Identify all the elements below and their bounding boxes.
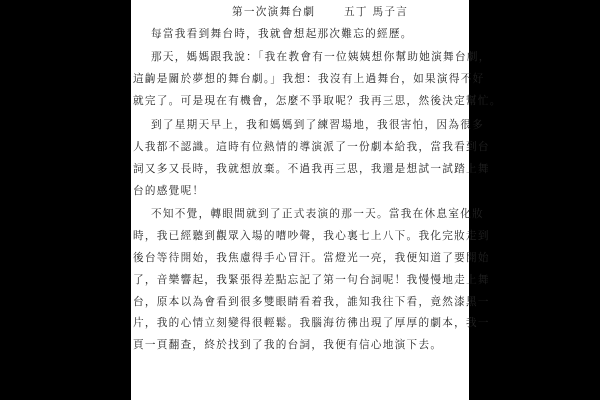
paragraph-2-line-3: 就完了。可是現在有機會，怎麼不爭取呢？我再三思，然後決定幫忙。 <box>131 94 502 108</box>
paragraph-3-line-1: 到了星期天早上，我和媽媽到了練習場地，我很害怕，因為很多 <box>151 118 484 132</box>
paragraph-2-line-2: 這齣是關於夢想的舞台劇。」我想：我沒有上過舞台，如果演得不好 <box>131 72 485 86</box>
paragraph-3-line-2: 人我都不認識。這時有位熱情的導演派了一份劇本給我，當我看到台 <box>131 140 490 154</box>
essay-author: 五丁 馬子言 <box>344 5 408 19</box>
paragraph-4-line-7: 頁一頁翻查，終於找到了我的台詞，我便有信心地演下去。 <box>131 338 442 352</box>
paragraph-3-line-4: 台的感覺呢！ <box>131 184 204 198</box>
paragraph-4-line-6: 片，我的心情立刻變得很輕鬆。我腦海彷彿出現了厚厚的劇本，我一 <box>131 316 490 330</box>
document-page: 第一次演舞台劇 五丁 馬子言 每當我看到舞台時，我就會想起那次難忘的經歷。 那天… <box>131 0 469 400</box>
paragraph-4-line-1: 不知不覺，轉眼間就到了正式表演的那一天。當我在休息室化妝 <box>151 207 484 221</box>
paragraph-4-line-2: 時，我已經聽到觀眾入場的嘈吵聲，我心裏七上八下。我化完妝走到 <box>131 229 490 243</box>
paragraph-3-line-3: 詞又多又長時，我就想放棄。不過我再三思，我還是想試一試踏上舞 <box>131 162 490 176</box>
paragraph-4-line-5: 台，原本以為會看到很多雙眼睛看着我，誰知我往下看，竟然漆黑一 <box>131 295 490 309</box>
paragraph-4-line-3: 後台等待開始，我焦慮得手心冒汗。當燈光一亮，我便知道了要開始 <box>131 251 490 265</box>
paragraph-2-line-1: 那天，媽媽跟我說：「我在教會有一位姨姨想你幫助她演舞台劇， <box>151 50 491 64</box>
paragraph-1-line-1: 每當我看到舞台時，我就會想起那次難忘的經歷。 <box>151 27 413 41</box>
paragraph-4-line-4: 了，音樂響起，我緊張得差點忘記了第一句台詞呢！我慢慢地走上舞 <box>131 273 490 287</box>
essay-title: 第一次演舞台劇 <box>232 5 315 19</box>
